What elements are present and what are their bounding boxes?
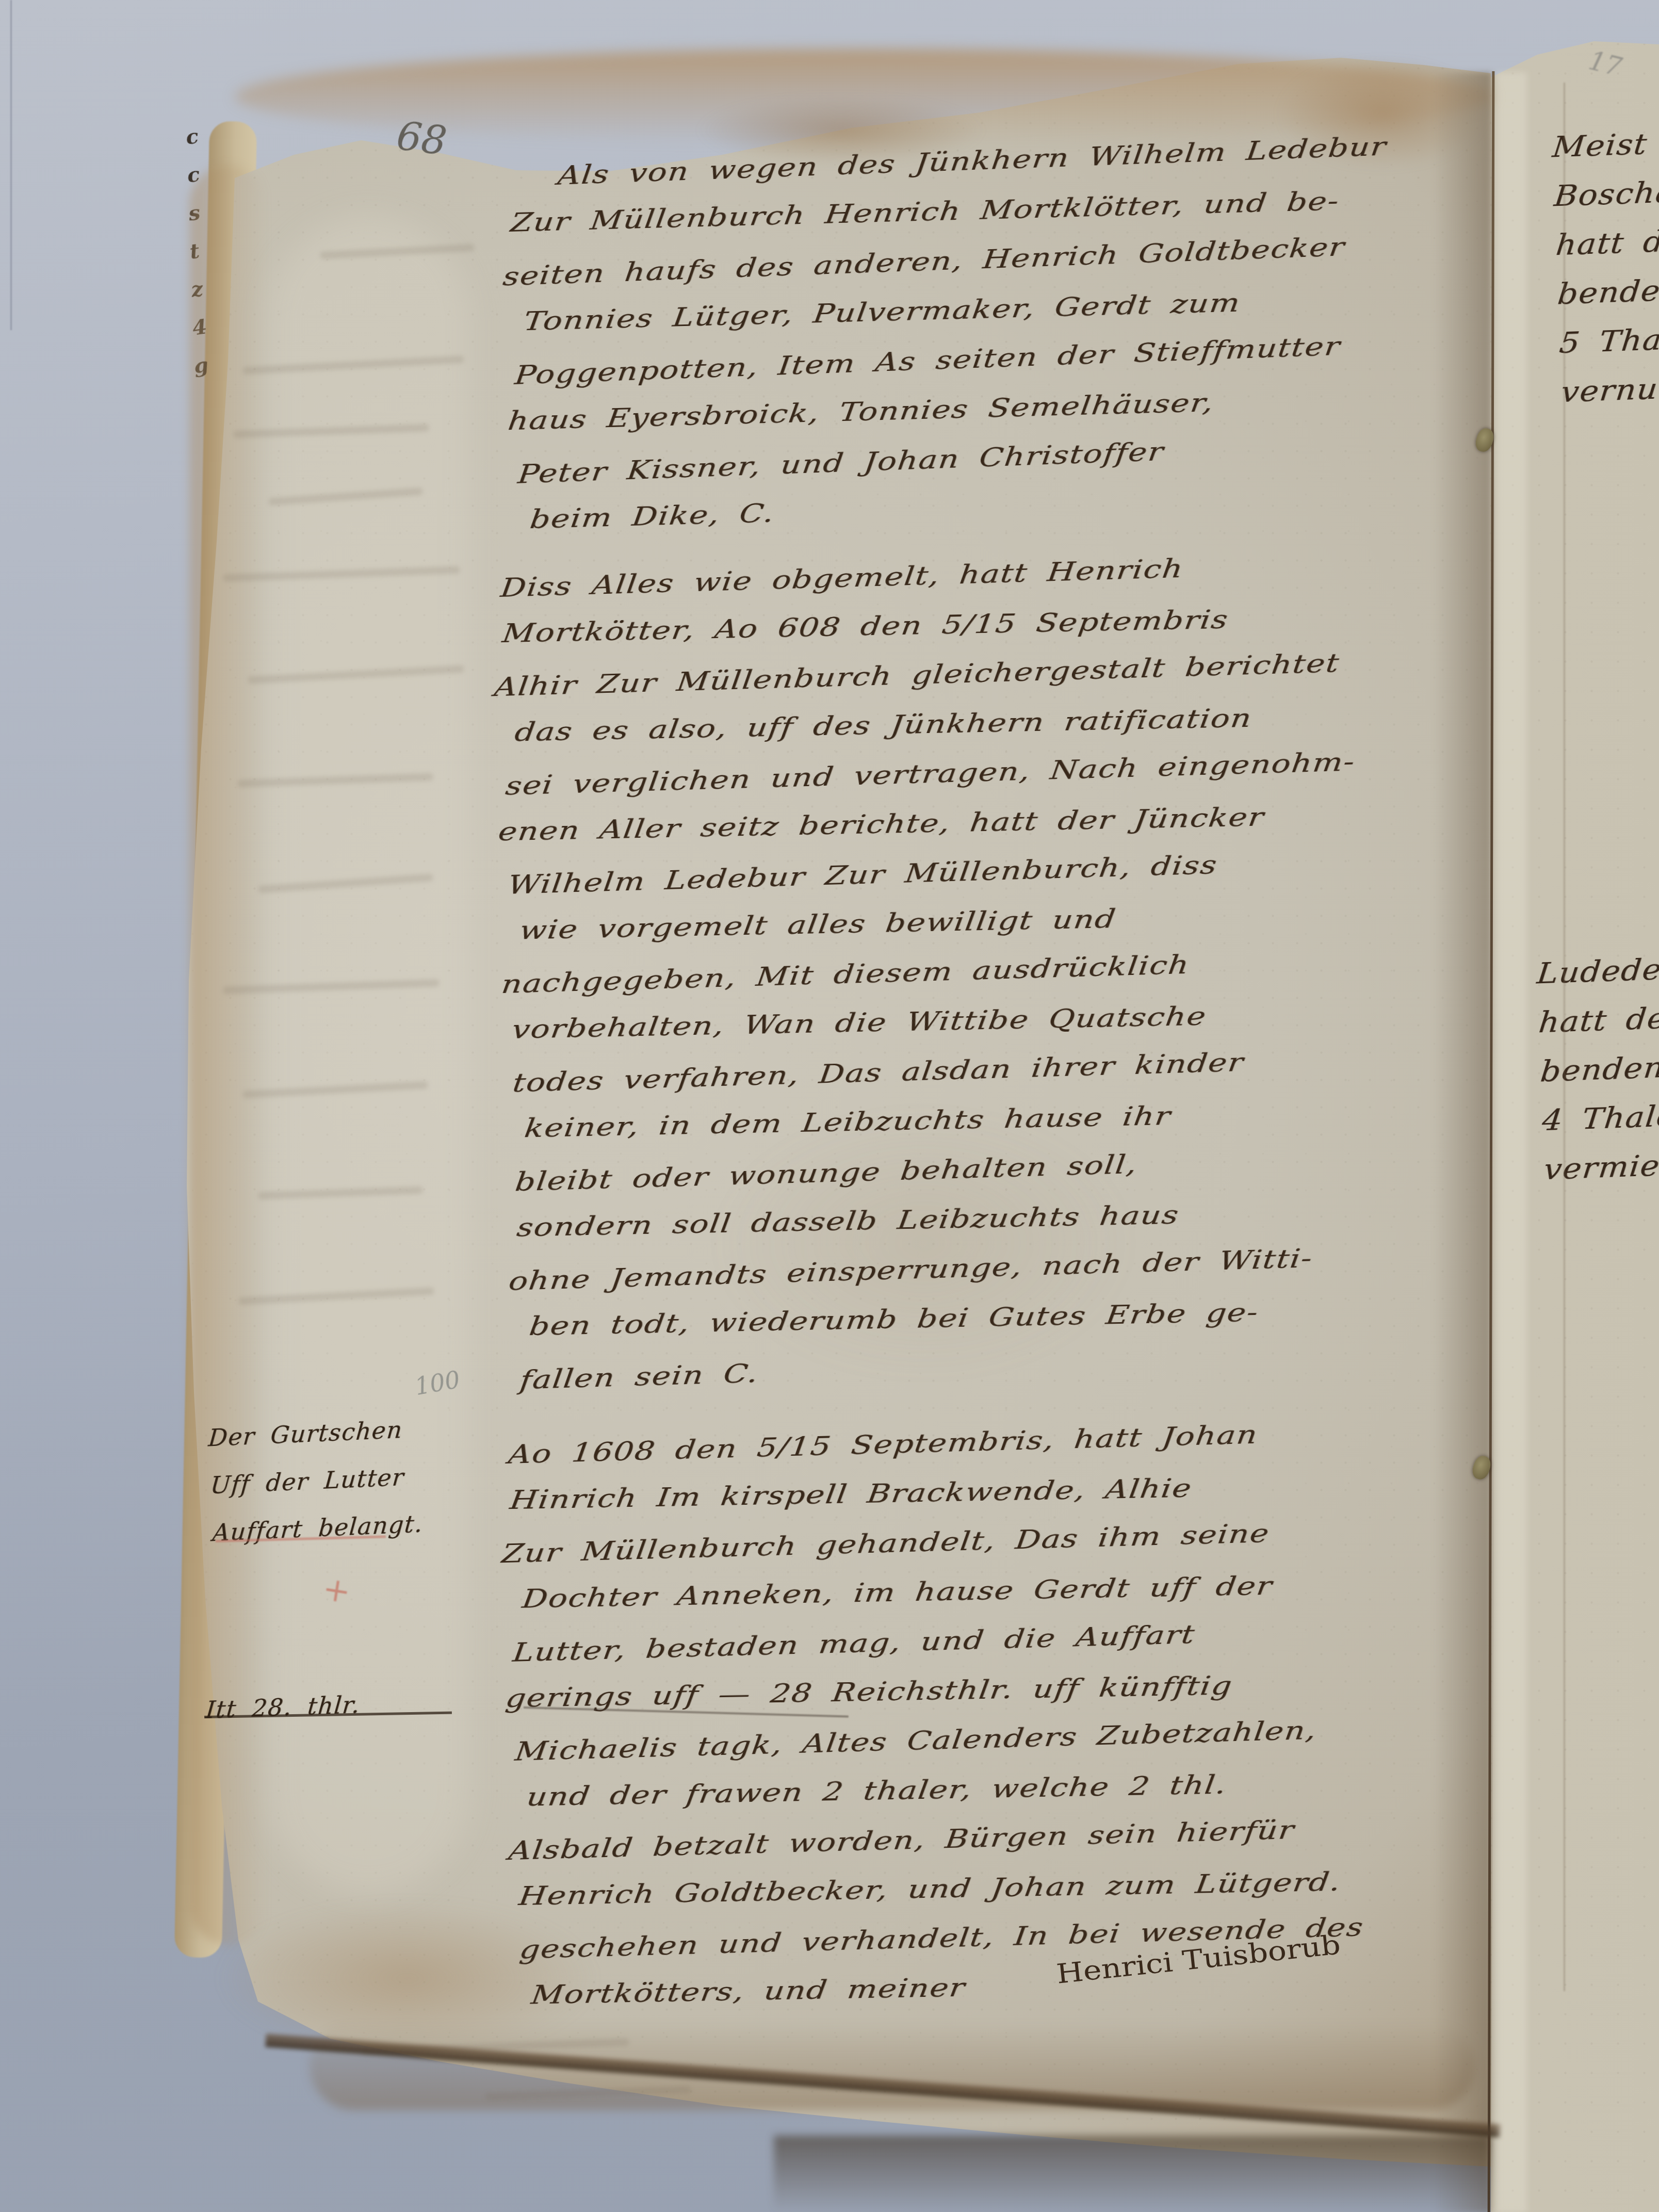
handwritten-line: 4 Thale <box>1540 1092 1659 1145</box>
handwritten-line: Ludede <box>1535 945 1659 998</box>
page-number: 68 <box>394 112 449 164</box>
handwritten-line: hatt de <box>1536 994 1659 1047</box>
stain <box>310 2022 1475 2110</box>
handwritten-line: Auffart belangt. <box>210 1500 425 1557</box>
margin-amount-note: Itt 28. thlr. <box>205 1691 361 1724</box>
handwritten-line: vernu <box>1558 363 1659 417</box>
handwritten-line: Meist <box>1550 119 1659 172</box>
paragraph-2: Diss Alles wie obgemelt, hatt HenrichMor… <box>500 541 1370 1403</box>
gutter-shading <box>1433 72 1491 2212</box>
handwritten-line: Uff der Lutter <box>208 1453 422 1509</box>
facing-page-text-fragment-middle: Ludedehatt debenden4 Thalevermie <box>1536 945 1659 1194</box>
margin-note: Der GurtschenUff der LutterAuffart belan… <box>207 1405 424 1557</box>
paragraph-1: Als von wegen des Jünkhern Wilhelm Ledeb… <box>508 123 1398 547</box>
handwritten-line: bende <box>1555 265 1659 319</box>
binding-shadow <box>774 2136 1491 2212</box>
fore-edge-mark: c <box>185 125 202 148</box>
handwritten-line: 5 Thal <box>1557 314 1659 368</box>
gutter-highlight <box>1497 72 1527 2212</box>
handwritten-line: hatt d <box>1554 216 1659 270</box>
paragraph-3: Ao 1608 den 5/15 Septembris, hatt JohanH… <box>508 1409 1365 2022</box>
facing-page-text-fragment-top: MeistBoschahatt dbende5 Thalvernu <box>1552 119 1659 417</box>
handwritten-line: vermie <box>1541 1140 1659 1194</box>
red-cross-mark: + <box>320 1569 353 1611</box>
handwritten-line: benden <box>1538 1043 1659 1096</box>
paper-crease <box>1564 83 1565 1991</box>
photo: ccstz4g 17 MeistBoschahatt dbende5 Thalv… <box>0 0 1659 2212</box>
handwritten-line: Itt 28. thlr. <box>205 1690 362 1724</box>
handwritten-line: Der Gurtschen <box>206 1405 420 1462</box>
handwritten-line: Boscha <box>1552 168 1659 221</box>
stain <box>268 217 469 1893</box>
background-scratch <box>10 0 12 330</box>
